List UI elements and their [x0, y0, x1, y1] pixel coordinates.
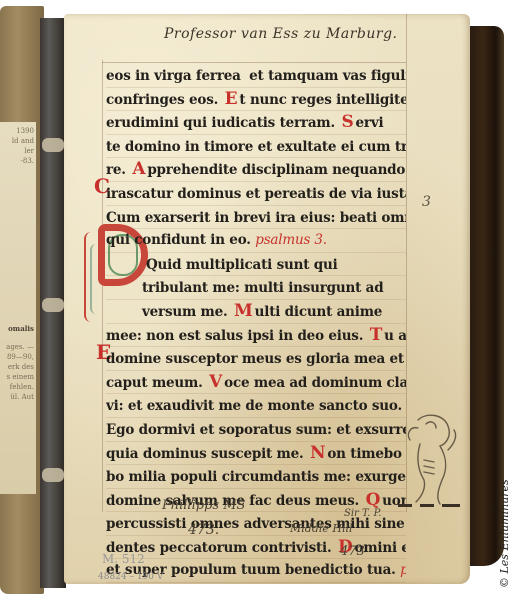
text-line: Ego dormivi et soporatus sum: et exsurre…: [106, 418, 406, 442]
text-line: te domino in timore et exultate ei cum t…: [106, 135, 406, 159]
label-text: 89—90,: [2, 352, 34, 362]
text-line: domine susceptor meus es gloria mea et e…: [106, 347, 406, 371]
psalter-text-block: eos in virga ferrea et tamquam vas figul…: [106, 64, 406, 583]
binding-tie: [42, 298, 64, 312]
middle-hill-note: Middle Hill: [290, 522, 353, 535]
label-text: erk des: [2, 362, 34, 372]
text-line: mee: non est salus ipsi in deo eius. Tu …: [106, 324, 406, 348]
manuscript-folio: Professor van Ess zu Marburg. 3 C E eos …: [64, 14, 470, 584]
text-line: qui confidunt in eo. psalmus 3.: [106, 229, 406, 253]
label-text: 1390: [2, 126, 34, 136]
binding-tie: [42, 468, 64, 482]
phillipps-shelfmark: Phillipps MS: [162, 498, 245, 513]
text-line: Quid multiplicati sunt qui: [106, 253, 406, 277]
label-text: ld and: [2, 136, 34, 146]
pasted-catalogue-label: 1390 ld and ler -83. omalis ages. — 89—9…: [0, 122, 36, 494]
label-heading: omalis: [2, 324, 34, 334]
text-line: irascatur dominus et pereatis de via ius…: [106, 182, 406, 206]
ruling-line: [102, 60, 103, 512]
spine-gutter: [40, 18, 66, 588]
label-text: ler: [2, 146, 34, 156]
text-line: erudimini qui iudicatis terram. Servi: [106, 111, 406, 135]
label-text: ages. —: [2, 342, 34, 352]
text-line: eos in virga ferrea et tamquam vas figul…: [106, 64, 406, 88]
text-line: vi: et exaudivit me de monte sancto suo.: [106, 394, 406, 418]
text-line: quia dominus suscepit me. Non timebo: [106, 442, 406, 466]
psalm-rubric: psalmus 3.: [255, 232, 327, 248]
ruling-line: [102, 62, 406, 63]
binding-tie: [42, 138, 64, 152]
pencil-shelfmark: M. 512: [102, 552, 145, 566]
label-spacer: [2, 166, 34, 316]
psalm-rubric: ps.: [400, 562, 406, 578]
phillipps-number: 473.: [188, 522, 219, 538]
copyright-credit: © Les Enluminures: [498, 479, 511, 588]
middle-hill-number: 473: [340, 544, 365, 559]
text-line: Cum exarserit in brevi ira eius: beati o…: [106, 206, 406, 230]
label-text: ül. Aut: [2, 392, 34, 402]
text-line: versum me. Multi dicunt anime: [106, 300, 406, 324]
text-line: caput meum. Voce mea ad dominum clama: [106, 371, 406, 395]
ownership-inscription: Professor van Ess zu Marburg.: [164, 26, 398, 42]
manuscript-photo: 1390 ld and ler -83. omalis ages. — 89—9…: [0, 0, 530, 600]
label-text: fehlen.: [2, 382, 34, 392]
text-line: bo milia populi circumdantis me: exurge: [106, 465, 406, 489]
text-line: confringes eos. Et nunc reges intelligit…: [106, 88, 406, 112]
label-text: -83.: [2, 156, 34, 166]
text-line: re. Apprehendite disciplinam nequando: [106, 158, 406, 182]
pencil-accession: 48824 – 190 V: [98, 572, 163, 582]
label-text: s einem: [2, 372, 34, 382]
lion-drawing: [396, 410, 466, 510]
folio-number: 3: [422, 194, 431, 210]
left-cover-board: 1390 ld and ler -83. omalis ages. — 89—9…: [0, 6, 44, 594]
text-line: tribulant me: multi insurgunt ad: [106, 276, 406, 300]
sir-tp-note: Sir T. P.: [344, 508, 381, 519]
